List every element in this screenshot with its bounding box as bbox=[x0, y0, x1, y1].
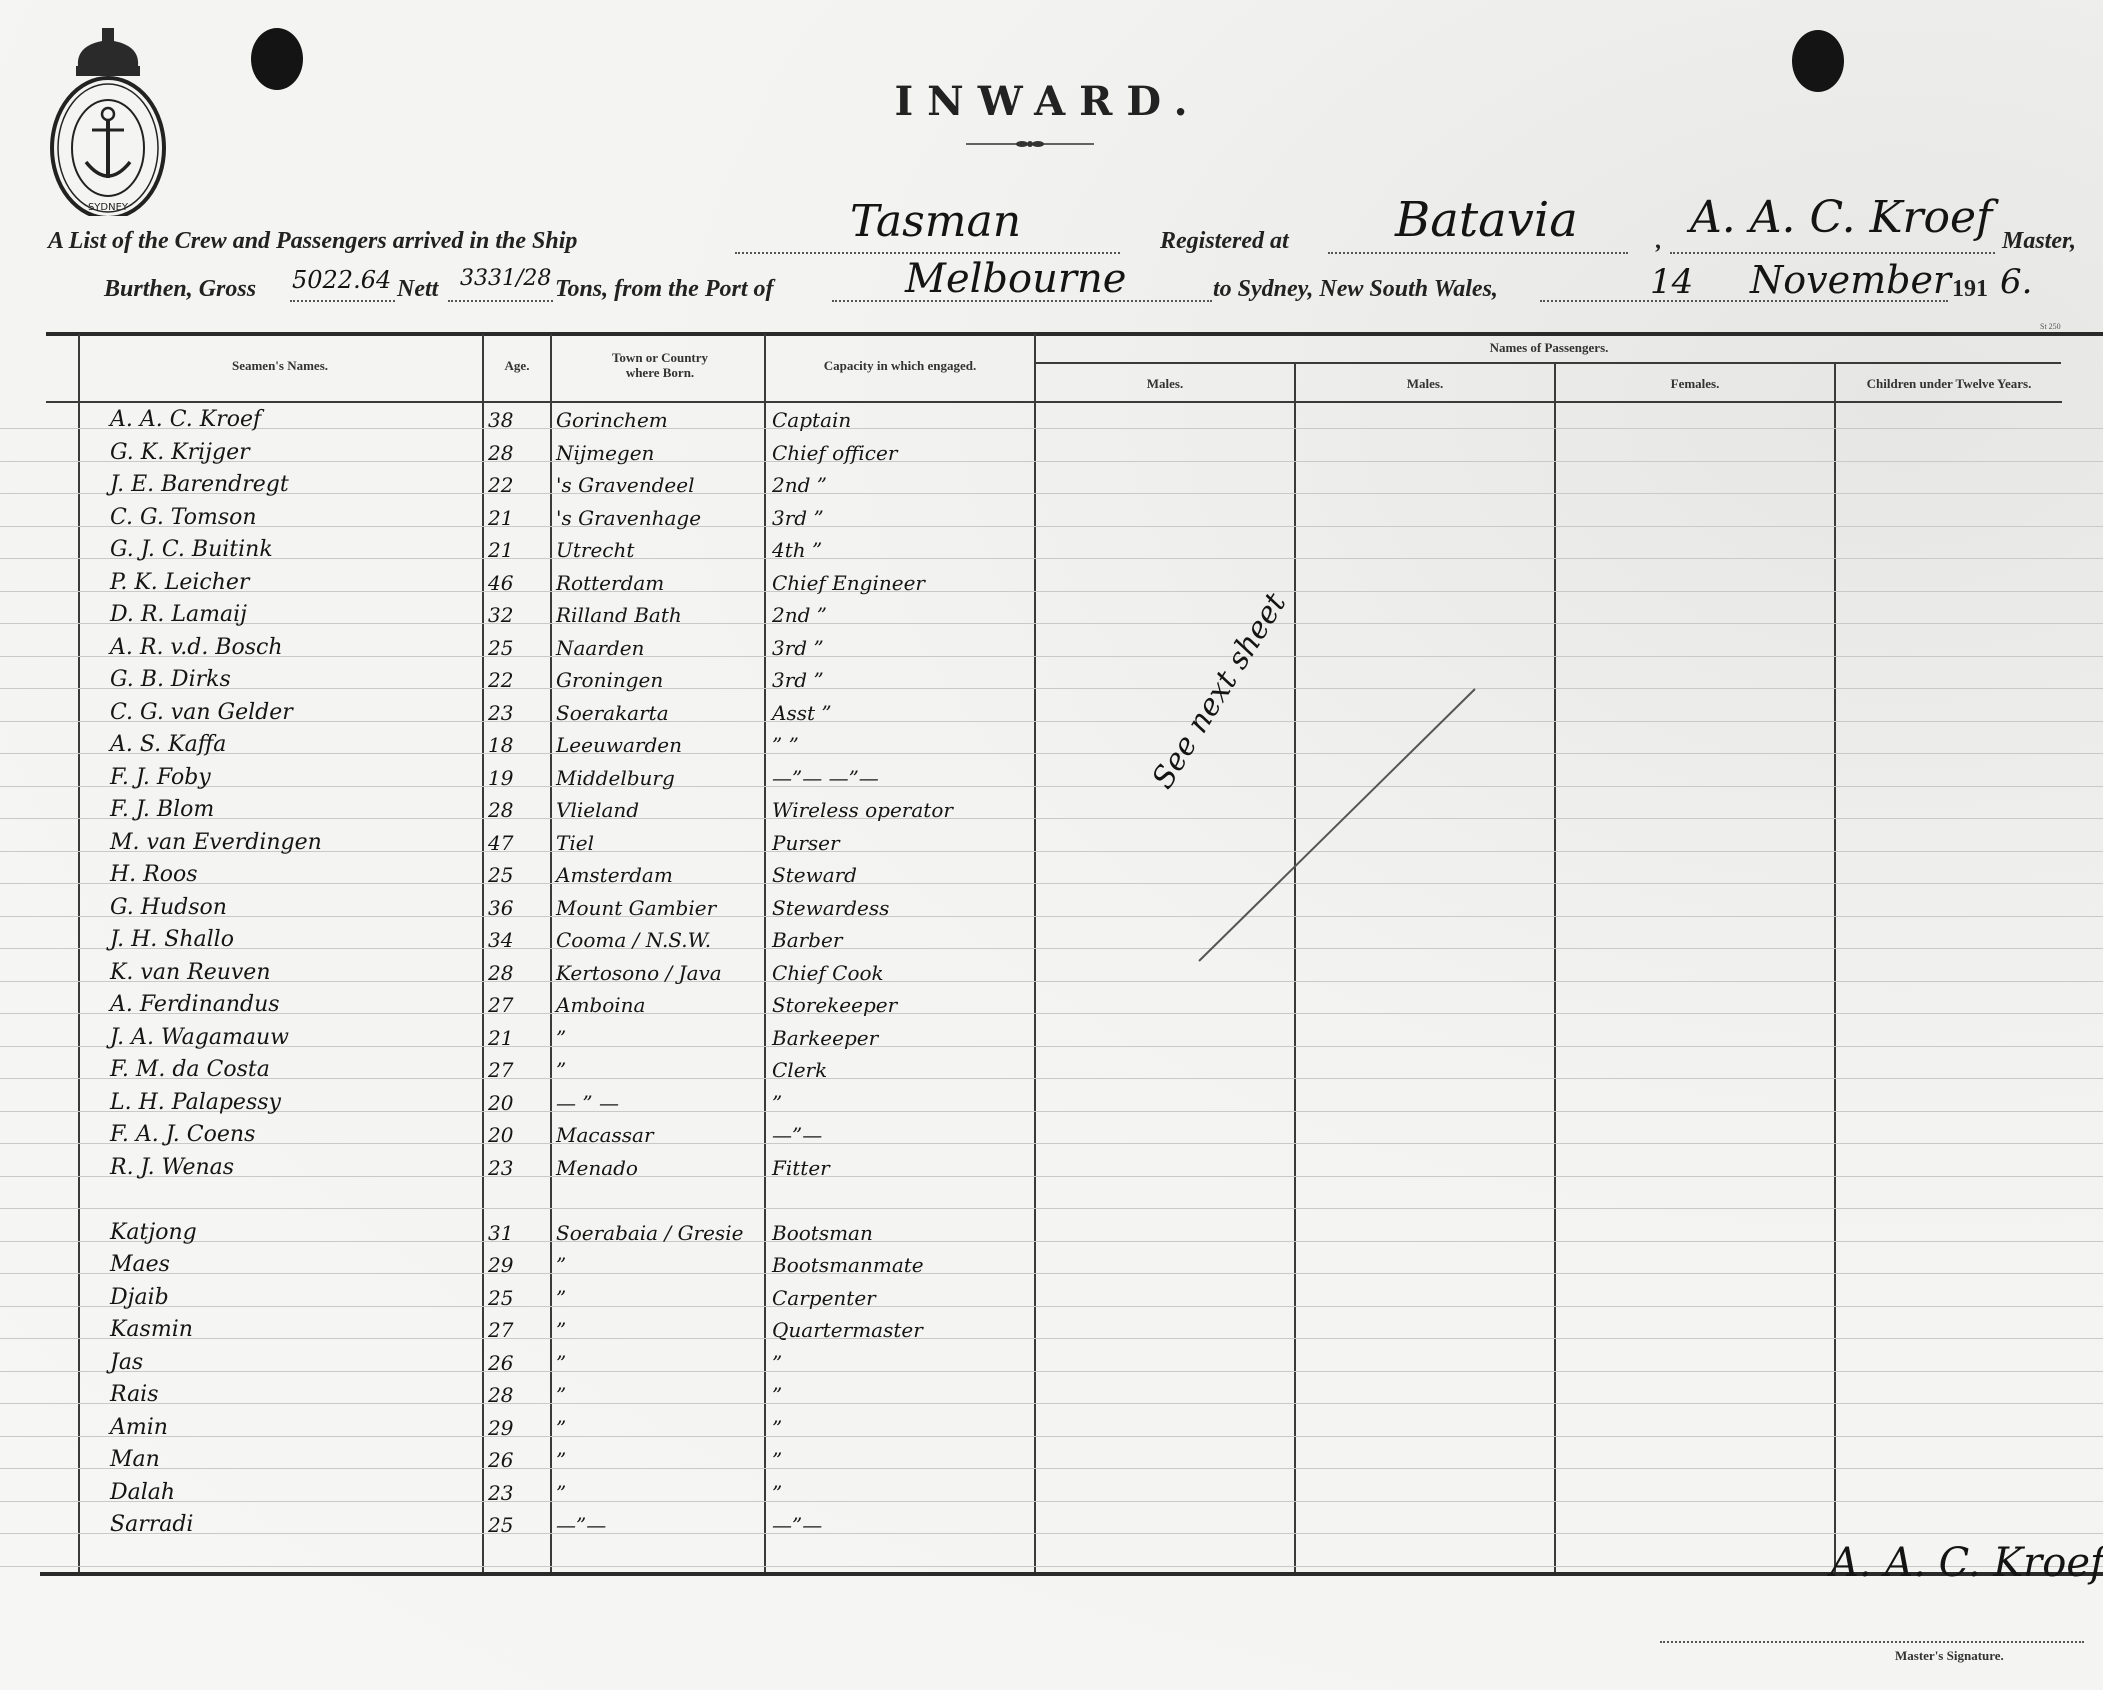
date-day-value: 14 bbox=[1650, 262, 1693, 302]
row-ruling bbox=[0, 721, 2103, 722]
from-port-value: Melbourne bbox=[905, 256, 1126, 302]
col-divider-born bbox=[550, 334, 552, 1572]
seaman-age: 22 bbox=[488, 666, 513, 694]
signature-field-line bbox=[1660, 1641, 2084, 1643]
signature-caption: Master's Signature. bbox=[1895, 1648, 2004, 1664]
seaman-age: 27 bbox=[488, 1316, 513, 1344]
seaman-name: K. van Reuven bbox=[110, 959, 271, 987]
seaman-birthplace: Amboina bbox=[556, 991, 645, 1019]
col-divider-passengers bbox=[1034, 334, 1036, 1572]
seaman-age: 38 bbox=[488, 406, 513, 434]
seaman-name: Sarradi bbox=[110, 1511, 193, 1539]
master-name-value: A. A. C. Kroef bbox=[1690, 192, 1992, 243]
seaman-birthplace: Menado bbox=[556, 1154, 638, 1182]
punch-hole-left bbox=[251, 28, 303, 90]
seaman-age: 25 bbox=[488, 861, 513, 889]
header-bottom-rule bbox=[46, 401, 2062, 403]
row-ruling bbox=[0, 558, 2103, 559]
seaman-birthplace: Macassar bbox=[556, 1121, 654, 1149]
row-ruling bbox=[0, 1306, 2103, 1307]
seaman-capacity: Chief Engineer bbox=[772, 569, 925, 597]
seaman-capacity: —”— bbox=[772, 1121, 822, 1149]
seaman-name: J. A. Wagamauw bbox=[110, 1024, 289, 1052]
seaman-birthplace: Nijmegen bbox=[556, 439, 654, 467]
date-year-handwritten: 6. bbox=[2000, 262, 2032, 302]
nett-label: Nett bbox=[397, 276, 438, 303]
row-ruling bbox=[0, 623, 2103, 624]
seaman-age: 47 bbox=[488, 829, 513, 857]
seaman-age: 25 bbox=[488, 1284, 513, 1312]
seaman-capacity: Storekeeper bbox=[772, 991, 897, 1019]
row-ruling bbox=[0, 526, 2103, 527]
seaman-age: 26 bbox=[488, 1446, 513, 1474]
seaman-capacity: 3rd ” bbox=[772, 666, 824, 694]
row-ruling bbox=[0, 1468, 2103, 1469]
seaman-name: F. J. Foby bbox=[110, 764, 211, 792]
page-title: INWARD. bbox=[848, 78, 1248, 125]
seaman-capacity: Clerk bbox=[772, 1056, 827, 1084]
shipping-masters-seal-icon: SYDNEY bbox=[46, 26, 170, 216]
seaman-name: Rais bbox=[110, 1381, 159, 1409]
seaman-birthplace: ” bbox=[556, 1446, 566, 1474]
svg-text:SYDNEY: SYDNEY bbox=[88, 202, 129, 213]
seaman-age: 18 bbox=[488, 731, 513, 759]
seaman-capacity: Chief Cook bbox=[772, 959, 884, 987]
seaman-age: 46 bbox=[488, 569, 513, 597]
row-ruling bbox=[0, 591, 2103, 592]
seaman-capacity: 2nd ” bbox=[772, 601, 827, 629]
row-ruling bbox=[0, 1208, 2103, 1209]
seaman-capacity: 4th ” bbox=[772, 536, 822, 564]
seaman-age: 19 bbox=[488, 764, 513, 792]
master-name-field-line bbox=[1670, 252, 1995, 254]
document-page: SYDNEY INWARD. A List of the Crew and Pa… bbox=[0, 0, 2103, 1690]
seaman-capacity: Bootsmanmate bbox=[772, 1251, 924, 1279]
seaman-birthplace: 's Gravenhage bbox=[556, 504, 701, 532]
seaman-birthplace: ” bbox=[556, 1381, 566, 1409]
seaman-name: C. G. Tomson bbox=[110, 504, 257, 532]
row-ruling bbox=[0, 1533, 2103, 1534]
seaman-capacity: —”— —”— bbox=[772, 764, 879, 792]
col-divider-females bbox=[1554, 364, 1556, 1572]
seaman-birthplace: ” bbox=[556, 1349, 566, 1377]
seaman-birthplace: Amsterdam bbox=[556, 861, 673, 889]
seaman-capacity: ” bbox=[772, 1414, 782, 1442]
seaman-birthplace: ” bbox=[556, 1024, 566, 1052]
header-females: Females. bbox=[1556, 376, 1834, 391]
seaman-age: 21 bbox=[488, 504, 513, 532]
seaman-capacity: 3rd ” bbox=[772, 634, 824, 662]
seaman-birthplace: ” bbox=[556, 1479, 566, 1507]
seaman-capacity: ” bbox=[772, 1479, 782, 1507]
seaman-birthplace: Soerabaia / Gresie bbox=[556, 1219, 743, 1247]
seaman-name: J. H. Shallo bbox=[110, 926, 234, 954]
header-born: Town or Country where Born. bbox=[600, 350, 720, 380]
row-ruling bbox=[0, 428, 2103, 429]
seaman-age: 27 bbox=[488, 1056, 513, 1084]
seaman-name: F. A. J. Coens bbox=[110, 1121, 255, 1149]
seaman-birthplace: Leeuwarden bbox=[556, 731, 682, 759]
seaman-age: 26 bbox=[488, 1349, 513, 1377]
burthen-gross-label: Burthen, Gross bbox=[104, 276, 256, 303]
seaman-age: 31 bbox=[488, 1219, 513, 1247]
seaman-capacity: Barber bbox=[772, 926, 842, 954]
seaman-capacity: Wireless operator bbox=[772, 796, 953, 824]
seaman-birthplace: —”— bbox=[556, 1511, 606, 1539]
header-males-1: Males. bbox=[1036, 376, 1294, 391]
seaman-age: 20 bbox=[488, 1089, 513, 1117]
seaman-age: 32 bbox=[488, 601, 513, 629]
row-ruling bbox=[0, 753, 2103, 754]
seaman-age: 28 bbox=[488, 959, 513, 987]
row-ruling bbox=[0, 1566, 2103, 1567]
seaman-capacity: Stewardess bbox=[772, 894, 889, 922]
registered-port-value: Batavia bbox=[1395, 192, 1578, 248]
seaman-age: 36 bbox=[488, 894, 513, 922]
seaman-name: F. M. da Costa bbox=[110, 1056, 270, 1084]
row-ruling bbox=[0, 1143, 2103, 1144]
form-number: St 250 bbox=[2040, 322, 2061, 331]
seaman-capacity: Fitter bbox=[772, 1154, 830, 1182]
seaman-birthplace: ” bbox=[556, 1284, 566, 1312]
seaman-birthplace: Mount Gambier bbox=[556, 894, 716, 922]
gross-tons-field-line bbox=[290, 300, 395, 302]
seaman-age: 20 bbox=[488, 1121, 513, 1149]
date-month-value: November bbox=[1750, 258, 1951, 302]
seaman-age: 23 bbox=[488, 699, 513, 727]
seaman-name: J. E. Barendregt bbox=[110, 471, 289, 499]
seaman-age: 34 bbox=[488, 926, 513, 954]
seaman-capacity: Barkeeper bbox=[772, 1024, 878, 1052]
seaman-capacity: ” bbox=[772, 1446, 782, 1474]
row-ruling bbox=[0, 1501, 2103, 1502]
seaman-capacity: ” bbox=[772, 1089, 782, 1117]
row-ruling bbox=[0, 461, 2103, 462]
nett-tons-value: 3331/28 bbox=[460, 266, 551, 291]
seaman-capacity: —”— bbox=[772, 1511, 822, 1539]
seaman-capacity: ” bbox=[772, 1381, 782, 1409]
row-ruling bbox=[0, 1013, 2103, 1014]
seaman-birthplace: Vlieland bbox=[556, 796, 639, 824]
title-ornament-icon bbox=[966, 139, 1094, 149]
col-divider-age bbox=[482, 334, 484, 1572]
tons-from-port-label: Tons, from the Port of bbox=[555, 276, 773, 303]
date-year-printed: 191 bbox=[1952, 276, 1988, 303]
header-age: Age. bbox=[484, 358, 550, 373]
gross-tons-value: 5022.64 bbox=[292, 266, 391, 294]
header-children: Children under Twelve Years. bbox=[1836, 376, 2062, 391]
seaman-age: 28 bbox=[488, 439, 513, 467]
seaman-birthplace: ” bbox=[556, 1056, 566, 1084]
seaman-capacity: Asst ” bbox=[772, 699, 832, 727]
row-ruling bbox=[0, 818, 2103, 819]
seaman-capacity: Quartermaster bbox=[772, 1316, 923, 1344]
row-ruling bbox=[0, 1436, 2103, 1437]
row-ruling bbox=[0, 1273, 2103, 1274]
seaman-capacity: 3rd ” bbox=[772, 504, 824, 532]
row-ruling bbox=[0, 883, 2103, 884]
row-ruling bbox=[0, 1241, 2103, 1242]
seaman-age: 25 bbox=[488, 634, 513, 662]
row-ruling bbox=[0, 656, 2103, 657]
row-ruling bbox=[0, 1046, 2103, 1047]
row-ruling bbox=[0, 1078, 2103, 1079]
row-ruling bbox=[0, 1371, 2103, 1372]
seaman-name: G. J. C. Buitink bbox=[110, 536, 273, 564]
seaman-birthplace: Soerakarta bbox=[556, 699, 669, 727]
row-ruling bbox=[0, 493, 2103, 494]
seaman-name: R. J. Wenas bbox=[110, 1154, 234, 1182]
seaman-birthplace: Gorinchem bbox=[556, 406, 668, 434]
seaman-name: Jas bbox=[110, 1349, 143, 1377]
seaman-name: A. A. C. Kroef bbox=[110, 406, 261, 434]
seaman-name: D. R. Lamaij bbox=[110, 601, 247, 629]
seaman-capacity: Chief officer bbox=[772, 439, 897, 467]
seaman-age: 23 bbox=[488, 1154, 513, 1182]
seaman-birthplace: Middelburg bbox=[556, 764, 675, 792]
seaman-capacity: 2nd ” bbox=[772, 471, 827, 499]
seaman-capacity: Steward bbox=[772, 861, 857, 889]
nett-tons-field-line bbox=[448, 300, 553, 302]
seaman-name: Djaib bbox=[110, 1284, 169, 1312]
seaman-age: 28 bbox=[488, 796, 513, 824]
table-bottom-rule bbox=[40, 1572, 2103, 1576]
seaman-name: G. B. Dirks bbox=[110, 666, 231, 694]
seaman-age: 21 bbox=[488, 1024, 513, 1052]
header-males-2: Males. bbox=[1296, 376, 1554, 391]
seaman-birthplace: 's Gravendeel bbox=[556, 471, 694, 499]
seaman-capacity: ” bbox=[772, 1349, 782, 1377]
seaman-birthplace: Kertosono / Java bbox=[556, 959, 722, 987]
seaman-name: A. Ferdinandus bbox=[110, 991, 280, 1019]
header-seamen-names: Seamen's Names. bbox=[80, 358, 480, 373]
registered-at-label: Registered at bbox=[1160, 228, 1289, 255]
seaman-age: 21 bbox=[488, 536, 513, 564]
seaman-capacity: Purser bbox=[772, 829, 840, 857]
to-sydney-label: to Sydney, New South Wales, bbox=[1213, 276, 1498, 303]
seaman-name: Amin bbox=[110, 1414, 168, 1442]
seaman-name: G. Hudson bbox=[110, 894, 227, 922]
ship-name-value: Tasman bbox=[850, 196, 1021, 247]
seaman-birthplace: ” bbox=[556, 1316, 566, 1344]
seaman-capacity: Captain bbox=[772, 406, 851, 434]
seaman-age: 22 bbox=[488, 471, 513, 499]
seaman-birthplace: Groningen bbox=[556, 666, 663, 694]
col-divider-margin bbox=[78, 334, 80, 1572]
seaman-birthplace: Rotterdam bbox=[556, 569, 664, 597]
row-ruling bbox=[0, 1403, 2103, 1404]
row-ruling bbox=[0, 1338, 2103, 1339]
ship-name-field-line bbox=[735, 252, 1120, 254]
col-divider-males2 bbox=[1294, 364, 1296, 1572]
seaman-birthplace: Tiel bbox=[556, 829, 594, 857]
list-intro-label: A List of the Crew and Passengers arrive… bbox=[48, 228, 577, 255]
seaman-name: H. Roos bbox=[110, 861, 198, 889]
seaman-age: 25 bbox=[488, 1511, 513, 1539]
seaman-name: F. J. Blom bbox=[110, 796, 214, 824]
seaman-name: A. R. v.d. Bosch bbox=[110, 634, 283, 662]
row-ruling bbox=[0, 688, 2103, 689]
seaman-name: P. K. Leicher bbox=[110, 569, 249, 597]
seaman-birthplace: ” bbox=[556, 1414, 566, 1442]
seaman-name: Katjong bbox=[110, 1219, 197, 1247]
seaman-capacity: ” ” bbox=[772, 731, 799, 759]
row-ruling bbox=[0, 1111, 2103, 1112]
row-ruling bbox=[0, 1176, 2103, 1177]
registered-port-field-line bbox=[1328, 252, 1628, 254]
row-ruling bbox=[0, 948, 2103, 949]
seaman-name: Maes bbox=[110, 1251, 170, 1279]
seaman-name: Man bbox=[110, 1446, 160, 1474]
header-passengers-group: Names of Passengers. bbox=[1036, 340, 2062, 355]
seaman-capacity: Bootsman bbox=[772, 1219, 873, 1247]
col-divider-capacity bbox=[764, 334, 766, 1572]
seaman-birthplace: ” bbox=[556, 1251, 566, 1279]
seaman-age: 29 bbox=[488, 1414, 513, 1442]
seaman-name: Kasmin bbox=[110, 1316, 193, 1344]
passenger-strike-line bbox=[1195, 685, 1480, 965]
seaman-name: Dalah bbox=[110, 1479, 175, 1507]
seaman-birthplace: Rilland Bath bbox=[556, 601, 682, 629]
seaman-name: C. G. van Gelder bbox=[110, 699, 293, 727]
seaman-name: M. van Everdingen bbox=[110, 829, 322, 857]
header-capacity: Capacity in which engaged. bbox=[766, 358, 1034, 373]
seaman-name: L. H. Palapessy bbox=[110, 1089, 281, 1117]
seaman-age: 29 bbox=[488, 1251, 513, 1279]
passenger-group-rule bbox=[1036, 362, 2061, 364]
seaman-age: 23 bbox=[488, 1479, 513, 1507]
col-divider-children bbox=[1834, 364, 1836, 1572]
seaman-name: G. K. Krijger bbox=[110, 439, 250, 467]
row-ruling bbox=[0, 916, 2103, 917]
row-ruling bbox=[0, 981, 2103, 982]
row-ruling bbox=[0, 786, 2103, 787]
seaman-age: 27 bbox=[488, 991, 513, 1019]
seaman-birthplace: Utrecht bbox=[556, 536, 634, 564]
seaman-capacity: Carpenter bbox=[772, 1284, 876, 1312]
seaman-birthplace: — ” — bbox=[556, 1089, 619, 1117]
punch-hole-right bbox=[1792, 30, 1844, 92]
comma-separator: , bbox=[1656, 228, 1662, 255]
seaman-name: A. S. Kaffa bbox=[110, 731, 226, 759]
master-signature: A. A. C. Kroef bbox=[1830, 1540, 2103, 1586]
master-label: Master, bbox=[2002, 228, 2076, 255]
table-top-rule bbox=[46, 332, 2103, 336]
seaman-birthplace: Naarden bbox=[556, 634, 644, 662]
seaman-age: 28 bbox=[488, 1381, 513, 1409]
seaman-birthplace: Cooma / N.S.W. bbox=[556, 926, 711, 954]
